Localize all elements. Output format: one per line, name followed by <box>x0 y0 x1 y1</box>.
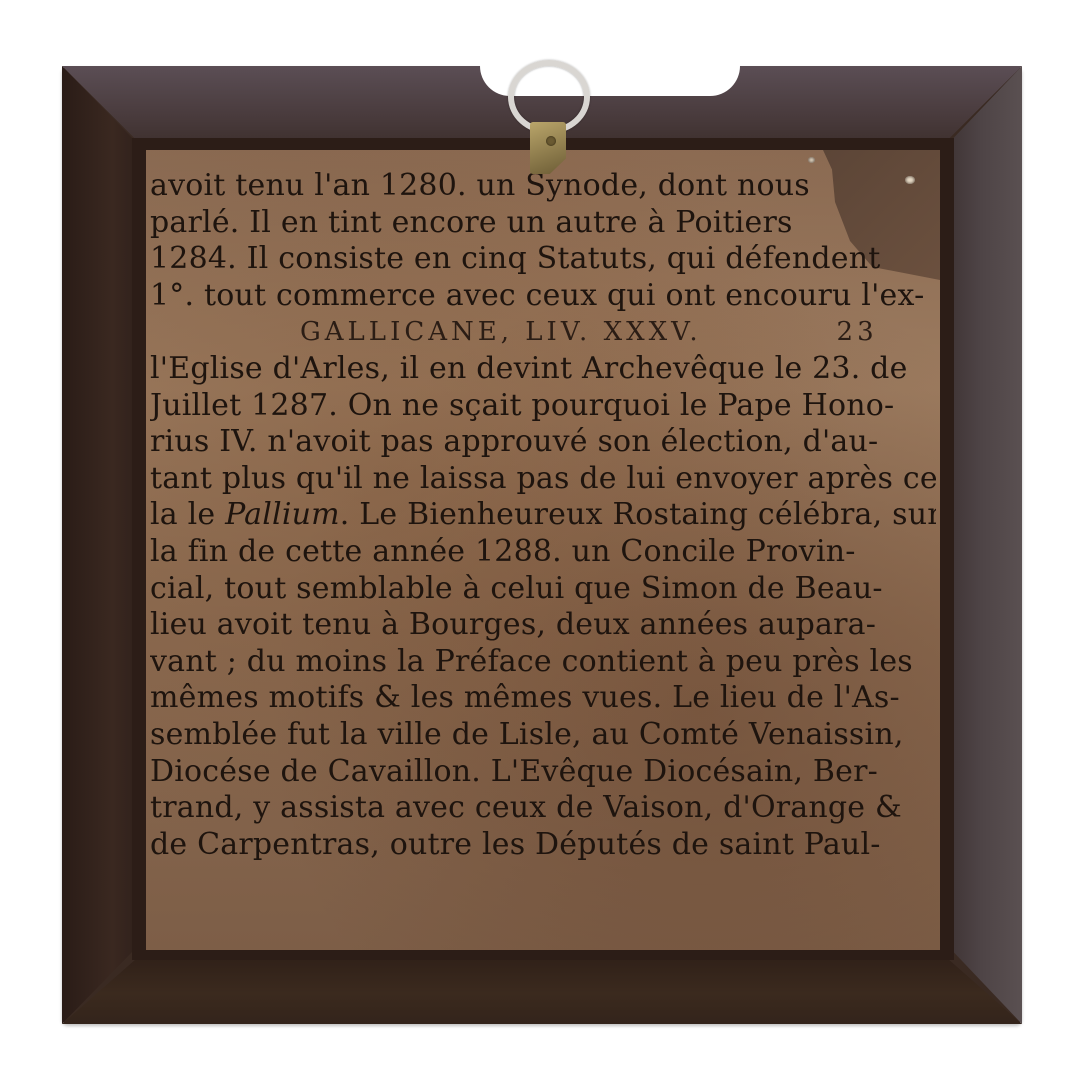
text-line: mêmes motifs & les mêmes vues. Le lieu d… <box>150 680 936 717</box>
worm-hole <box>808 157 815 163</box>
text-line: l'Eglise d'Arles, il en devint Archevêqu… <box>150 351 936 388</box>
text-line: trand, y assista avec ceux de Vaison, d'… <box>150 790 936 827</box>
text-line: semblée fut la ville de Lisle, au Comté … <box>150 717 936 754</box>
text-line: 1°. tout commerce avec ceux qui ont enco… <box>150 278 936 315</box>
text-line: Diocése de Cavaillon. L'Evêque Diocésain… <box>150 754 936 791</box>
printed-page: avoit tenu l'an 1280. un Synode, dont no… <box>146 150 940 950</box>
text-line: la le Pallium. Le Bienheureux Rostaing c… <box>150 497 936 534</box>
text-line: 1284. Il consiste en cinq Statuts, qui d… <box>150 241 936 278</box>
text-line: vant ; du moins la Préface contient à pe… <box>150 644 936 681</box>
running-head-text: GALLICANE, LIV. XXXV. <box>300 317 702 347</box>
italic-term: Pallium <box>225 497 340 532</box>
photo-scene: avoit tenu l'an 1280. un Synode, dont no… <box>0 0 1080 1080</box>
text-line: la fin de cette année 1288. un Concile P… <box>150 534 936 571</box>
text-line: rius IV. n'avoit pas approuvé son électi… <box>150 424 936 461</box>
text-line: cial, tout semblable à celui que Simon d… <box>150 571 936 608</box>
text-line: de Carpentras, outre les Députés de sain… <box>150 827 936 864</box>
text-line: Juillet 1287. On ne sçait pourquoi le Pa… <box>150 388 936 425</box>
page-text: avoit tenu l'an 1280. un Synode, dont no… <box>150 168 936 863</box>
worm-hole <box>905 176 915 184</box>
text-line: lieu avoit tenu à Bourges, deux années a… <box>150 607 936 644</box>
screw-icon <box>546 136 556 146</box>
page-number: 23 <box>837 317 878 347</box>
text-line: tant plus qu'il ne laissa pas de lui env… <box>150 461 936 498</box>
text-line: parlé. Il en tint encore un autre à Poit… <box>150 205 936 242</box>
running-head: GALLICANE, LIV. XXXV. 23 <box>150 314 936 351</box>
